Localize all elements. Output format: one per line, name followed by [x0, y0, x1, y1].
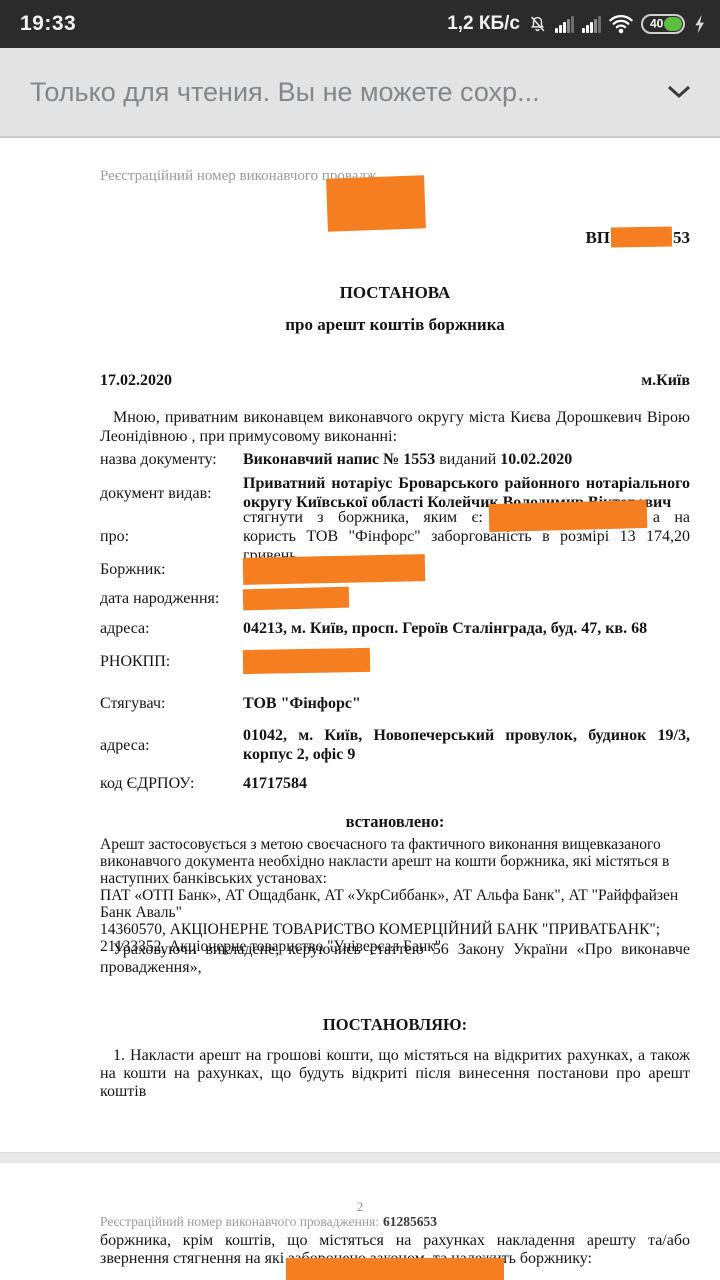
redaction-box: [611, 226, 672, 247]
field-row-tax-id: РНОКПП:: [100, 649, 690, 673]
battery-fill: [664, 17, 682, 31]
point-1-paragraph: 1. Накласти арешт на грошові кошти, що м…: [100, 1047, 690, 1101]
field-value: виданий: [435, 451, 500, 468]
established-paragraph: Арешт застосовується з метою своєчасного…: [100, 836, 690, 955]
field-row-document-name: назва документу: Виконавчий напис № 1553…: [100, 450, 690, 469]
field-value: 41717584: [243, 774, 690, 793]
document-page-1[interactable]: Реєстраційний номер виконавчого провадж …: [0, 138, 720, 1152]
field-label: адреса:: [100, 619, 243, 638]
redaction-box: [243, 554, 426, 585]
field-row-debtor: Боржник:: [100, 556, 690, 583]
battery-icon: 40: [641, 14, 685, 34]
registration-line: Реєстраційний номер виконавчого провадже…: [100, 1214, 437, 1230]
status-bar: 19:33 1,2 КБ/с 40: [0, 0, 720, 48]
vp-prefix: ВП: [585, 228, 610, 247]
page-number: 2: [0, 1199, 720, 1215]
field-value: 04213, м. Київ, просп. Героїв Сталінград…: [243, 619, 690, 638]
document-title: ПОСТАНОВА: [100, 283, 690, 303]
field-row-edrpou: код ЄДРПОУ: 41717584: [100, 774, 690, 793]
field-row-birthdate: дата народження:: [100, 588, 690, 609]
field-label: код ЄДРПОУ:: [100, 774, 243, 793]
field-label: про:: [100, 527, 243, 546]
signal-icon: [555, 15, 574, 33]
status-bar-right: 1,2 КБ/с 40: [447, 13, 706, 35]
field-value: стягнути з боржника, яким є:: [243, 509, 483, 526]
chevron-down-icon[interactable]: [666, 84, 692, 100]
field-label: РНОКПП:: [100, 652, 243, 671]
field-value: Виконавчий напис № 1553: [243, 451, 435, 468]
page-separator: [0, 1152, 720, 1163]
field-label: Боржник:: [100, 560, 243, 579]
registration-label: Реєстраційний номер виконавчого провадже…: [100, 1214, 379, 1229]
charging-bolt-icon: [693, 14, 706, 34]
vp-suffix: 53: [673, 228, 690, 247]
field-label: адреса:: [100, 736, 243, 755]
redaction-box: [243, 587, 350, 611]
resolve-heading: ПОСТАНОВЛЯЮ:: [100, 1015, 690, 1035]
bell-muted-icon: [528, 15, 547, 34]
redaction-box: [326, 175, 426, 231]
field-label: дата народження:: [100, 589, 243, 608]
document-city: м.Київ: [641, 372, 690, 390]
battery-percent: 40: [650, 17, 663, 31]
vp-number-line: ВП53: [100, 227, 690, 248]
wifi-icon: [609, 15, 633, 34]
clock: 19:33: [20, 12, 76, 36]
field-row-debtor-address: адреса: 04213, м. Київ, просп. Героїв Ст…: [100, 619, 690, 638]
document-page-2[interactable]: 2 Реєстраційний номер виконавчого провад…: [0, 1163, 720, 1280]
field-label: назва документу:: [100, 450, 243, 469]
considering-paragraph: Ураховуючи викладене, керуючись статтею …: [100, 941, 690, 977]
redaction-box: [243, 648, 370, 674]
registration-number: 61285653: [383, 1214, 437, 1229]
intro-paragraph: Мною, приватним виконавцем виконавчого о…: [100, 408, 690, 446]
field-row-creditor-address: адреса: 01042, м. Київ, Новопечерський п…: [100, 726, 690, 764]
field-label: Стягувач:: [100, 694, 243, 713]
read-only-banner[interactable]: Только для чтения. Вы не можете сохр...: [0, 48, 720, 138]
document-subtitle: про арешт коштів боржника: [100, 315, 690, 335]
network-speed: 1,2 КБ/с: [447, 13, 520, 35]
field-label: документ видав:: [100, 484, 243, 503]
date-city-row: 17.02.2020 м.Київ: [100, 372, 690, 390]
redaction-box: [489, 500, 648, 532]
read-only-message: Только для чтения. Вы не можете сохр...: [30, 77, 540, 108]
field-row-creditor: Стягувач: ТОВ "Фінфорс": [100, 694, 690, 713]
field-value: 01042, м. Київ, Новопечерський провулок,…: [243, 726, 690, 764]
redaction-box: [286, 1258, 504, 1280]
field-value: 10.02.2020: [500, 451, 572, 468]
document-date: 17.02.2020: [100, 372, 172, 390]
established-heading: встановлено:: [100, 812, 690, 832]
signal-icon: [582, 15, 601, 33]
field-value: ТОВ "Фінфорс": [243, 694, 690, 713]
